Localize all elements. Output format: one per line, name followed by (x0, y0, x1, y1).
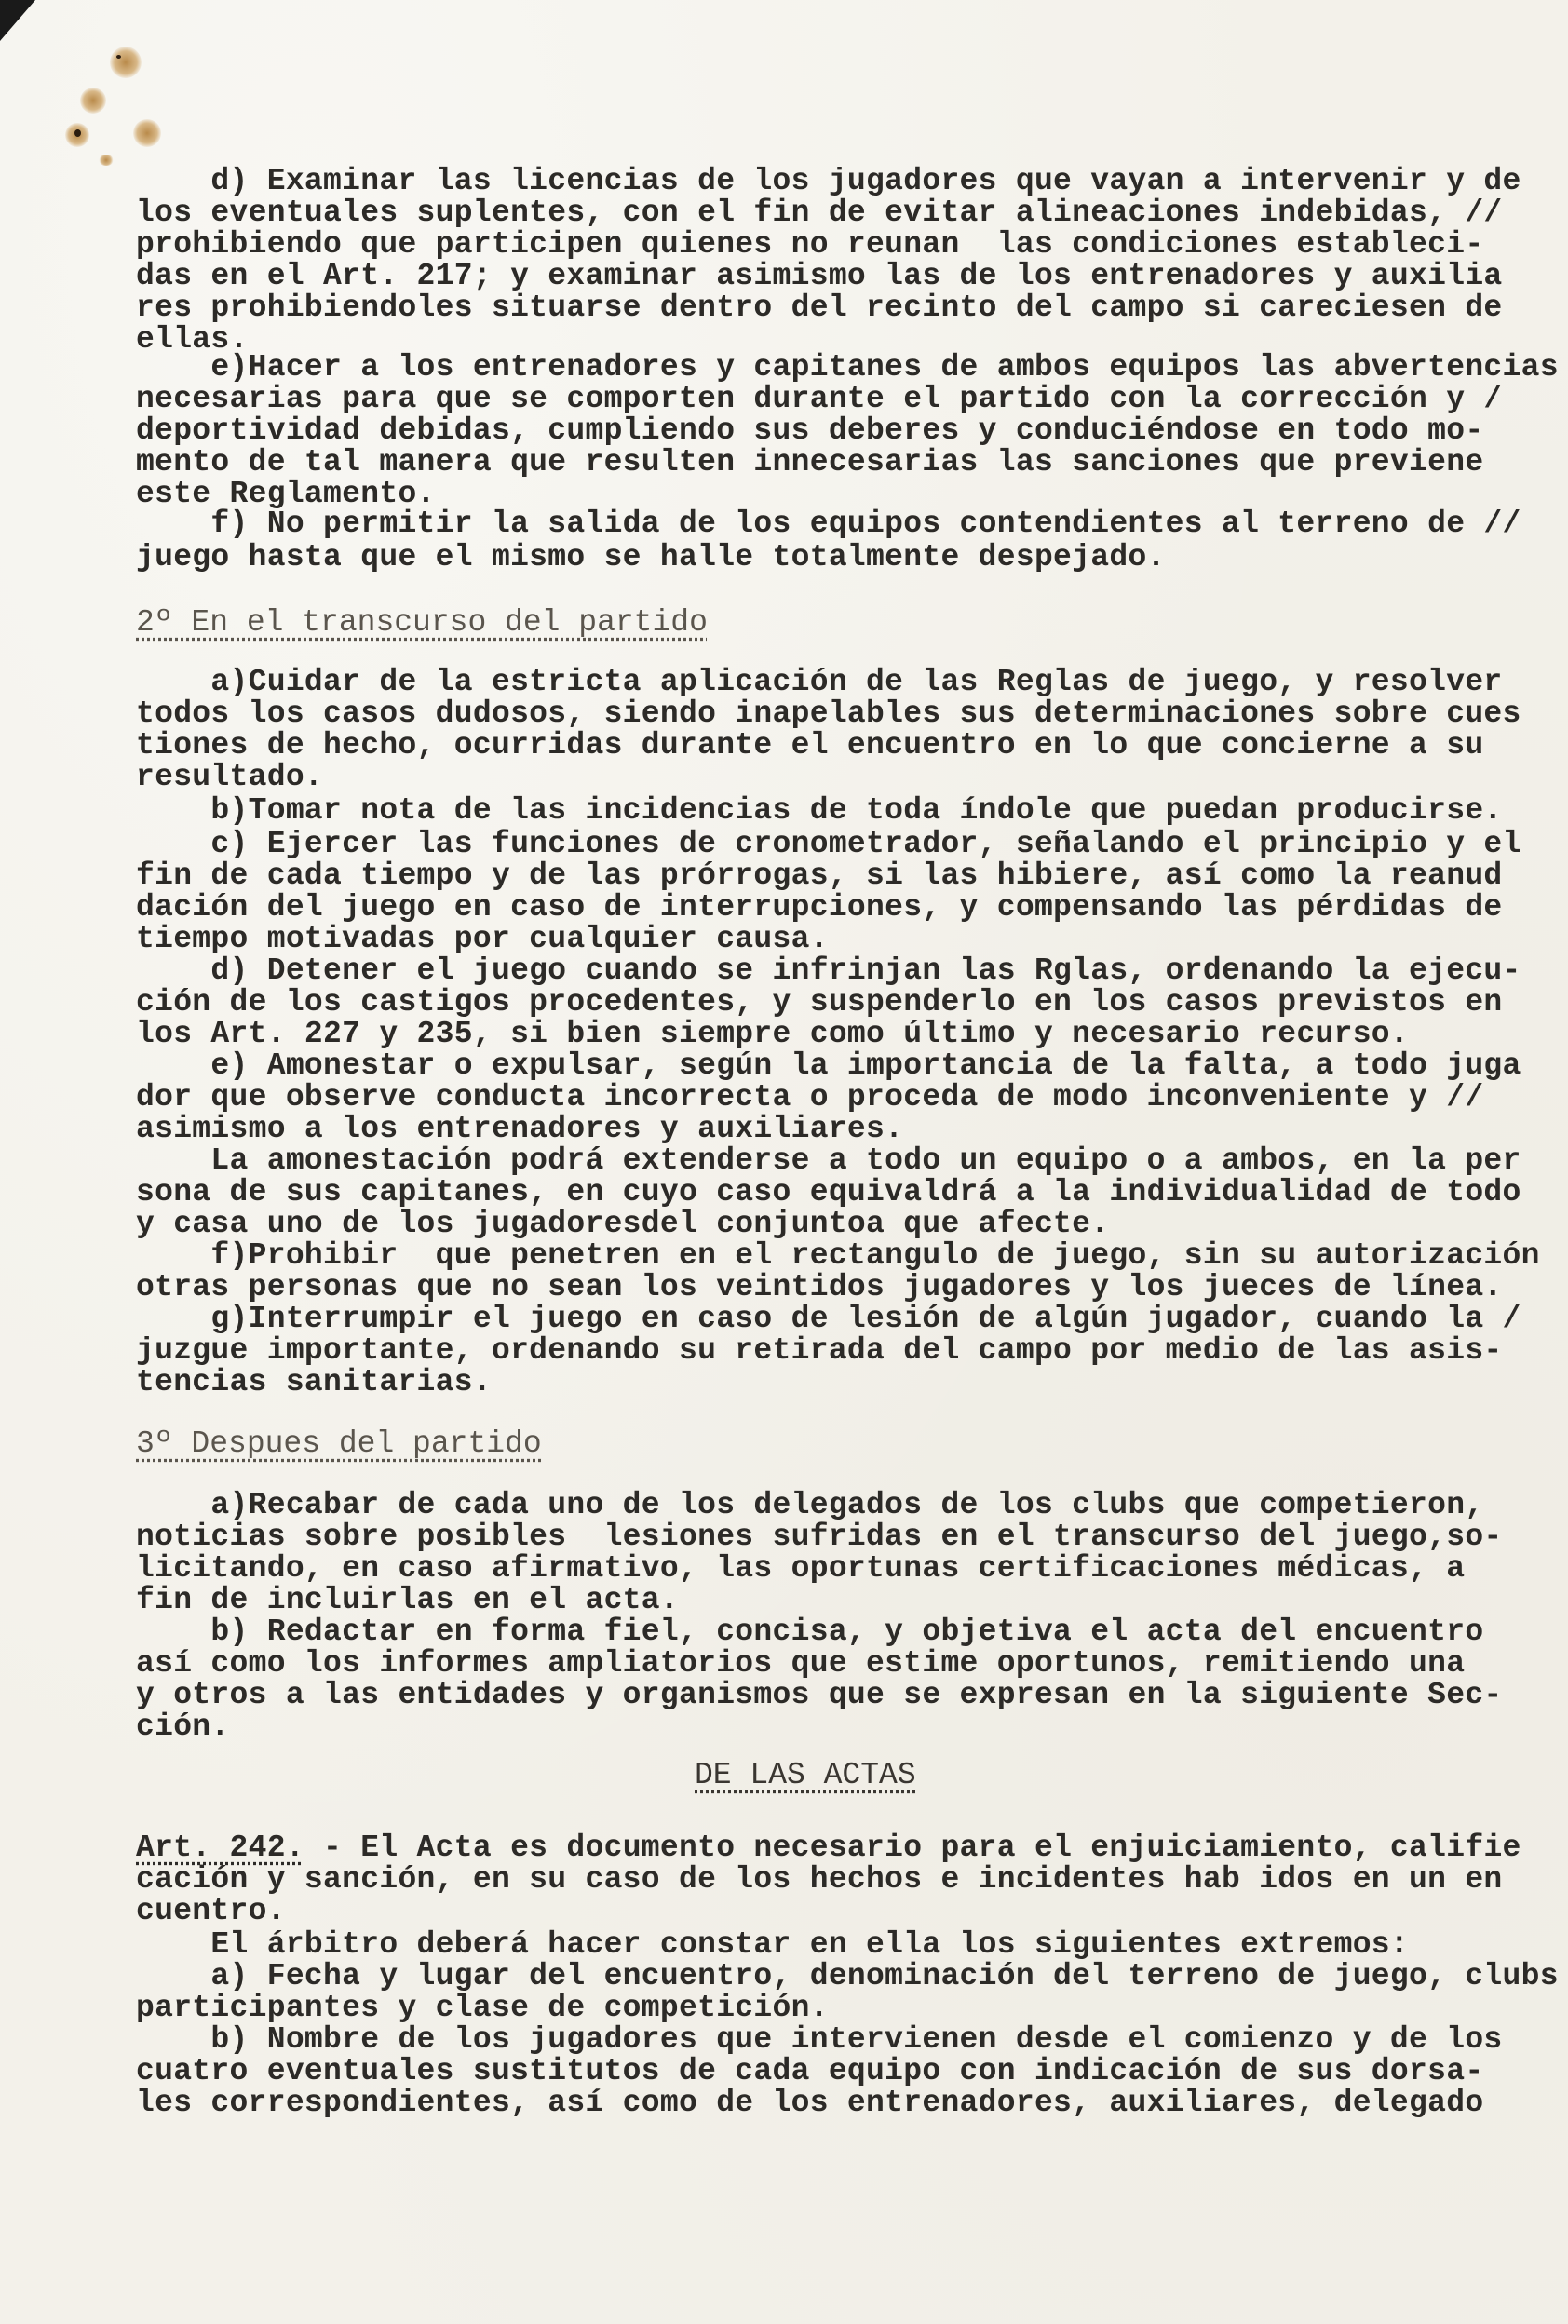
text-line: ción de los castigos procedentes, y susp… (136, 987, 1503, 1019)
text-line: dación del juego en caso de interrupcion… (136, 892, 1503, 924)
rust-stain (133, 119, 161, 147)
rust-stain (110, 47, 142, 78)
text-line: b)Tomar nota de las incidencias de toda … (136, 795, 1503, 827)
text-line: otras personas que no sean los veintidos… (136, 1272, 1503, 1304)
text-line: tiempo motivadas por cualquier causa. (136, 924, 829, 955)
text-span: - El Acta es documento necesario para el… (304, 1831, 1521, 1865)
text-line: participantes y clase de competición. (136, 1993, 829, 2024)
text-line: sona de sus capitanes, en cuyo caso equi… (136, 1177, 1521, 1209)
staple-hole (116, 55, 121, 59)
text-line: cuentro. (136, 1896, 286, 1927)
text-line: ción. (136, 1711, 230, 1743)
text-line: res prohibiendoles situarse dentro del r… (136, 292, 1503, 324)
text-line: d) Detener el juego cuando se infrinjan … (136, 955, 1521, 987)
text-line: y casa uno de los jugadoresdel conjuntoa… (136, 1209, 1109, 1240)
section-heading-after-match: 3º Despues del partido (136, 1428, 542, 1460)
rust-stain (99, 155, 114, 166)
text-line: c) Ejercer las funciones de cronometrado… (136, 829, 1521, 860)
text-line: g)Interrumpir el juego en caso de lesión… (136, 1304, 1521, 1335)
text-line: asimismo a los entrenadores y auxiliares… (136, 1114, 903, 1145)
folded-corner (0, 0, 35, 41)
text-line: los eventuales suplentes, con el fin de … (136, 197, 1503, 229)
text-line: deportividad debidas, cumpliendo sus deb… (136, 415, 1483, 447)
text-line: prohibiendo que participen quienes no re… (136, 229, 1483, 261)
text-line: fin de incluirlas en el acta. (136, 1585, 679, 1616)
text-line: El árbitro deberá hacer constar en ella … (136, 1929, 1409, 1961)
text-line: f) No permitir la salida de los equipos … (136, 508, 1521, 540)
section-heading-during-match: 2º En el transcurso del partido (136, 607, 708, 639)
text-line: necesarias para que se comporten durante… (136, 384, 1503, 415)
text-line: dor que observe conducta incorrecta o pr… (136, 1082, 1483, 1114)
text-line: tiones de hecho, ocurridas durante el en… (136, 730, 1483, 762)
text-line: fin de cada tiempo y de las prórrogas, s… (136, 860, 1503, 892)
text-line: los Art. 227 y 235, si bien siempre como… (136, 1019, 1409, 1050)
text-line: b) Nombre de los jugadores que intervien… (136, 2024, 1503, 2056)
article-number: Art. 242. (136, 1831, 304, 1865)
section-heading-actas: DE LAS ACTAS (695, 1760, 916, 1791)
text-line: d) Examinar las licencias de los jugador… (136, 166, 1521, 197)
text-line: f)Prohibir que penetren en el rectangulo… (136, 1240, 1540, 1272)
text-line: das en el Art. 217; y examinar asimismo … (136, 261, 1503, 292)
text-line: les correspondientes, así como de los en… (136, 2088, 1483, 2119)
text-line: La amonestación podrá extenderse a todo … (136, 1145, 1521, 1177)
text-line: así como los informes ampliatorios que e… (136, 1648, 1465, 1680)
text-line: juzgue importante, ordenando su retirada… (136, 1335, 1503, 1367)
text-line: noticias sobre posibles lesiones sufrida… (136, 1521, 1503, 1553)
text-line: juego hasta que el mismo se halle totalm… (136, 542, 1166, 574)
text-line: cuatro eventuales sustitutos de cada equ… (136, 2056, 1483, 2088)
text-line: mento de tal manera que resulten inneces… (136, 447, 1483, 479)
text-line: e) Amonestar o expulsar, según la import… (136, 1050, 1521, 1082)
staple-hole (74, 129, 81, 137)
typewritten-page: d) Examinar las licencias de los jugador… (0, 0, 1568, 2324)
text-line: a)Recabar de cada uno de los delegados d… (136, 1490, 1483, 1521)
text-line: Art. 242. - El Acta es documento necesar… (136, 1832, 1521, 1864)
text-line: a) Fecha y lugar del encuentro, denomina… (136, 1961, 1559, 1993)
text-line: licitando, en caso afirmativo, las oport… (136, 1553, 1465, 1585)
text-line: resultado. (136, 762, 323, 793)
text-line: b) Redactar en forma fiel, concisa, y ob… (136, 1616, 1483, 1648)
text-line: y otros a las entidades y organismos que… (136, 1680, 1503, 1711)
text-line: este Reglamento. (136, 479, 436, 510)
text-line: tencias sanitarias. (136, 1367, 492, 1398)
rust-stain (80, 88, 106, 114)
text-line: a)Cuidar de la estricta aplicación de la… (136, 667, 1503, 698)
text-line: todos los casos dudosos, siendo inapelab… (136, 698, 1521, 730)
text-line: cación y sanción, en su caso de los hech… (136, 1864, 1503, 1896)
text-line: e)Hacer a los entrenadores y capitanes d… (136, 352, 1559, 384)
